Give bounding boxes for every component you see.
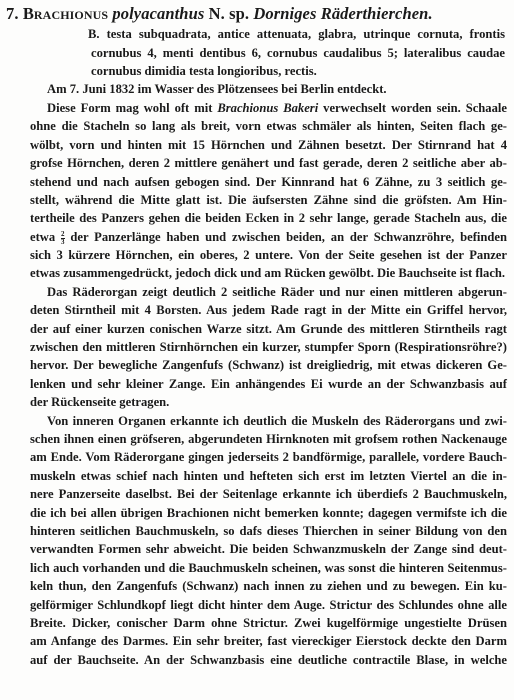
tail-lines [0,0,514,700]
